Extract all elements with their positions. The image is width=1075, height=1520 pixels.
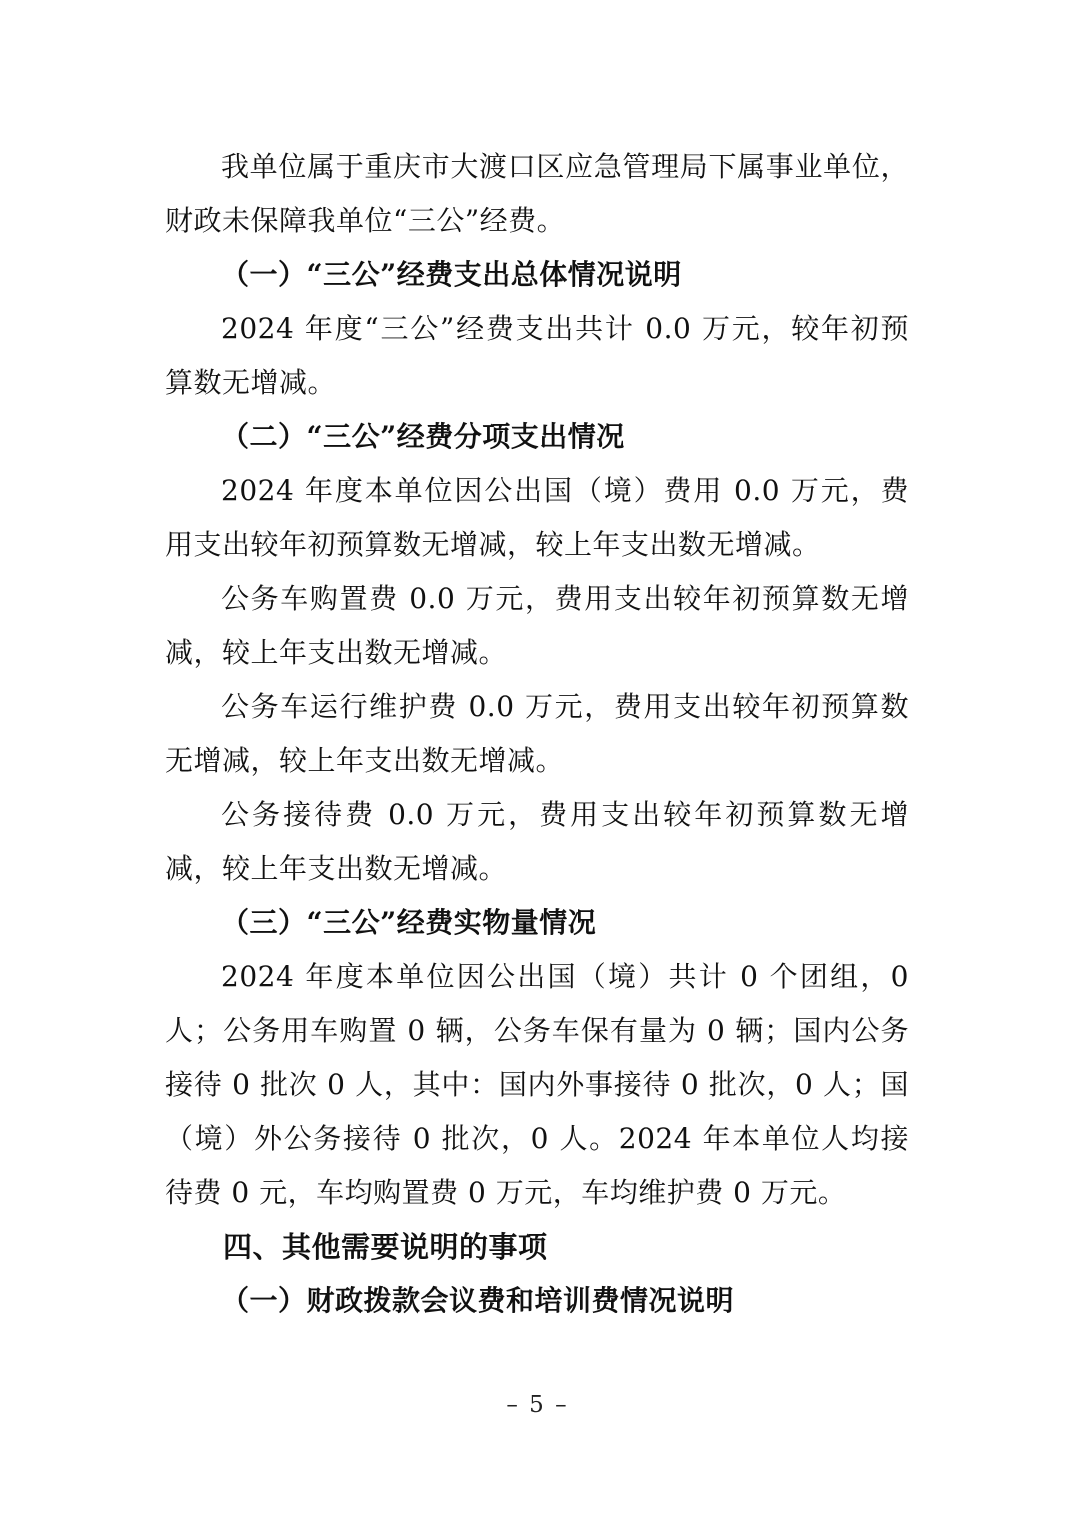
- official-reception-paragraph: 公务接待费 0.0 万元，费用支出较年初预算数无增减，较上年支出数无增减。: [165, 788, 909, 896]
- chapter-heading-other-matters: 四、其他需要说明的事项: [165, 1220, 909, 1274]
- document-page: 我单位属于重庆市大渡口区应急管理局下属事业单位，财政未保障我单位“三公”经费。 …: [0, 0, 1075, 1520]
- section-heading-physical-quantity: （三）“三公”经费实物量情况: [165, 896, 909, 950]
- document-body: 我单位属于重庆市大渡口区应急管理局下属事业单位，财政未保障我单位“三公”经费。 …: [165, 140, 909, 1328]
- vehicle-maintenance-paragraph: 公务车运行维护费 0.0 万元，费用支出较年初预算数无增减，较上年支出数无增减。: [165, 680, 909, 788]
- physical-quantity-paragraph: 2024 年度本单位因公出国（境）共计 0 个团组，0 人；公务用车购置 0 辆…: [165, 950, 909, 1220]
- overall-spending-paragraph: 2024 年度“三公”经费支出共计 0.0 万元，较年初预算数无增减。: [165, 302, 909, 410]
- section-heading-meeting-training-fees: （一）财政拨款会议费和培训费情况说明: [165, 1274, 909, 1328]
- overseas-travel-paragraph: 2024 年度本单位因公出国（境）费用 0.0 万元，费用支出较年初预算数无增减…: [165, 464, 909, 572]
- page-number: – 5 –: [0, 1392, 1075, 1418]
- intro-paragraph: 我单位属于重庆市大渡口区应急管理局下属事业单位，财政未保障我单位“三公”经费。: [165, 140, 909, 248]
- section-heading-overall-spending: （一）“三公”经费支出总体情况说明: [165, 248, 909, 302]
- section-heading-itemized-spending: （二）“三公”经费分项支出情况: [165, 410, 909, 464]
- vehicle-purchase-paragraph: 公务车购置费 0.0 万元，费用支出较年初预算数无增减，较上年支出数无增减。: [165, 572, 909, 680]
